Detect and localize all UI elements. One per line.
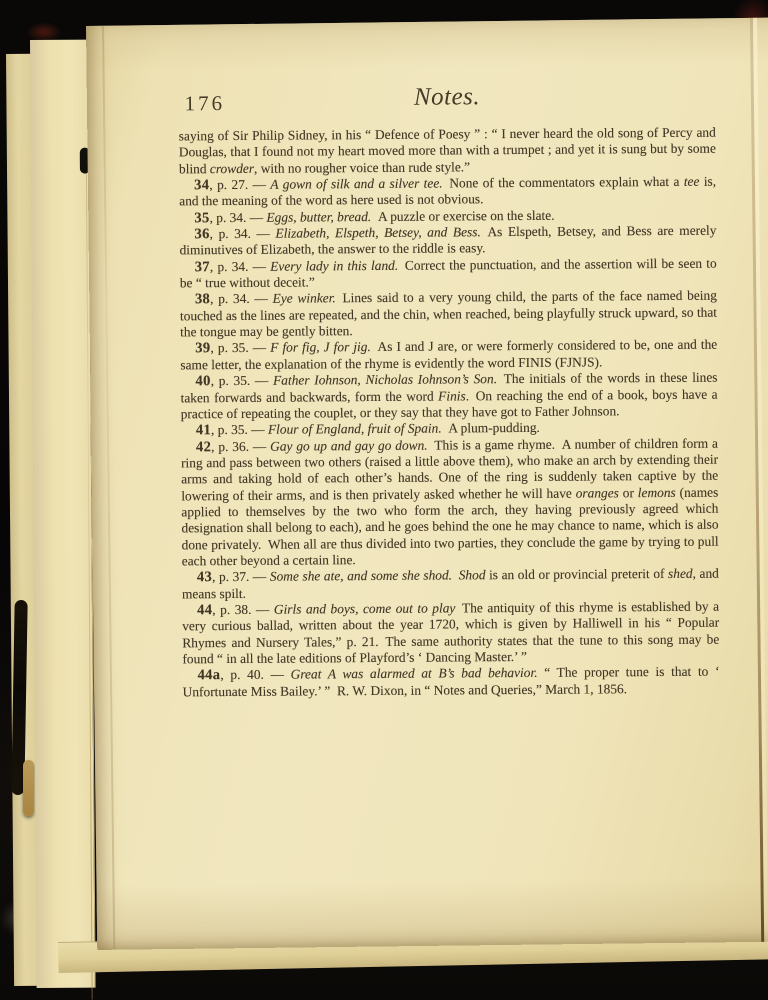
note-40: 40, p. 35. — Father Iohnson, Nicholas Io… (180, 370, 717, 423)
page-content: 176 Notes. saying of Sir Philip Sidney, … (86, 21, 768, 950)
page-edge-notch (23, 760, 34, 816)
page-edge-stack-inner (30, 40, 96, 988)
text-block: saying of Sir Philip Sidney, in his “ De… (179, 125, 720, 701)
note-44a: 44a, p. 40. — Great A was alarmed at B’s… (182, 664, 719, 700)
note-44: 44, p. 38. — Girls and boys, come out to… (182, 599, 719, 668)
note-36: 36, p. 34. — Elizabeth, Elspeth, Betsey,… (179, 223, 716, 259)
note-42: 42, p. 36. — Gay go up and gay go down. … (181, 435, 719, 569)
intro-paragraph: saying of Sir Philip Sidney, in his “ De… (179, 125, 716, 178)
running-head-title: Notes. (178, 82, 715, 114)
note-39: 39, p. 35. — F for fig, J for jig. As I … (180, 337, 717, 373)
book-scan-photo: 176 Notes. saying of Sir Philip Sidney, … (0, 0, 768, 1000)
book-page: 176 Notes. saying of Sir Philip Sidney, … (86, 18, 768, 950)
note-43: 43, p. 37. — Some she ate, and some she … (182, 566, 719, 602)
note-37: 37, p. 34. — Every lady in this land. Co… (180, 255, 717, 291)
note-38: 38, p. 34. — Eye winker. Lines said to a… (180, 288, 717, 341)
note-34: 34, p. 27. — A gown of silk and a silver… (179, 174, 716, 210)
